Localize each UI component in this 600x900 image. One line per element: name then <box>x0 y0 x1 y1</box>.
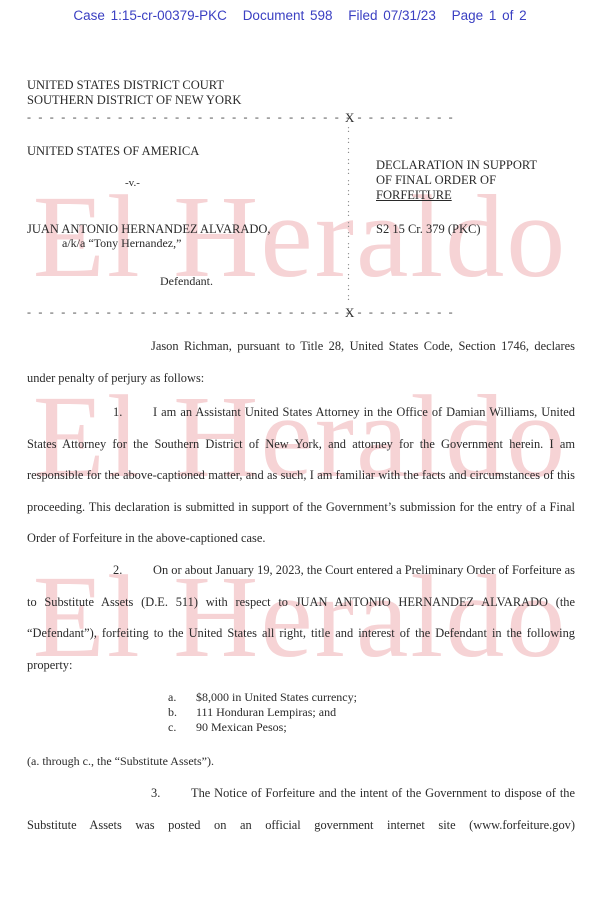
case-number-stamp: Case 1:15-cr-00379-PKC <box>73 8 227 23</box>
property-list: a. $8,000 in United States currency; b. … <box>168 690 357 735</box>
paragraph-number: 3. <box>151 778 191 810</box>
paragraph-number: 2. <box>113 555 153 587</box>
caption-x-bottom: X <box>345 305 354 321</box>
defendant-name: JUAN ANTONIO HERNANDEZ ALVARADO, <box>27 222 271 237</box>
document-title: DECLARATION IN SUPPORT OF FINAL ORDER OF… <box>376 158 537 203</box>
document-number-stamp: Document 598 <box>243 8 333 23</box>
defendant-alias: a/k/a “Tony Hernandez,” <box>62 236 181 251</box>
paragraph-3: 3.The Notice of Forfeiture and the inten… <box>27 778 575 841</box>
substitute-assets-definition: (a. through c., the “Substitute Assets”)… <box>27 754 214 769</box>
intro-paragraph: Jason Richman, pursuant to Title 28, Uni… <box>27 331 575 394</box>
plaintiff-name: UNITED STATES OF AMERICA <box>27 144 199 159</box>
caption-divider-bottom: - - - - - - - - - - - - - - - - - - - - … <box>27 305 455 320</box>
versus-label: -v.- <box>125 176 140 191</box>
court-name: UNITED STATES DISTRICT COURT SOUTHERN DI… <box>27 78 241 108</box>
paragraph-1: 1.I am an Assistant United States Attorn… <box>27 397 575 555</box>
filed-date-stamp: Filed 07/31/23 <box>348 8 436 23</box>
ecf-header: Case 1:15-cr-00379-PKC Document 598 File… <box>0 8 600 23</box>
list-item: c. 90 Mexican Pesos; <box>168 720 357 735</box>
list-item: a. $8,000 in United States currency; <box>168 690 357 705</box>
document-page: { "header": { "case": "Case 1:15-cr-0037… <box>0 0 600 900</box>
paragraph-2: 2.On or about January 19, 2023, the Cour… <box>27 555 575 681</box>
defendant-label: Defendant. <box>160 274 213 289</box>
docket-number: S2 15 Cr. 379 (PKC) <box>376 222 481 237</box>
page-count-stamp: Page 1 of 2 <box>452 8 527 23</box>
list-item: b. 111 Honduran Lempiras; and <box>168 705 357 720</box>
caption-colon-column: :::::::: :::::::: : <box>347 124 351 303</box>
paragraph-number: 1. <box>113 397 153 429</box>
caption-divider-top: - - - - - - - - - - - - - - - - - - - - … <box>27 110 455 125</box>
